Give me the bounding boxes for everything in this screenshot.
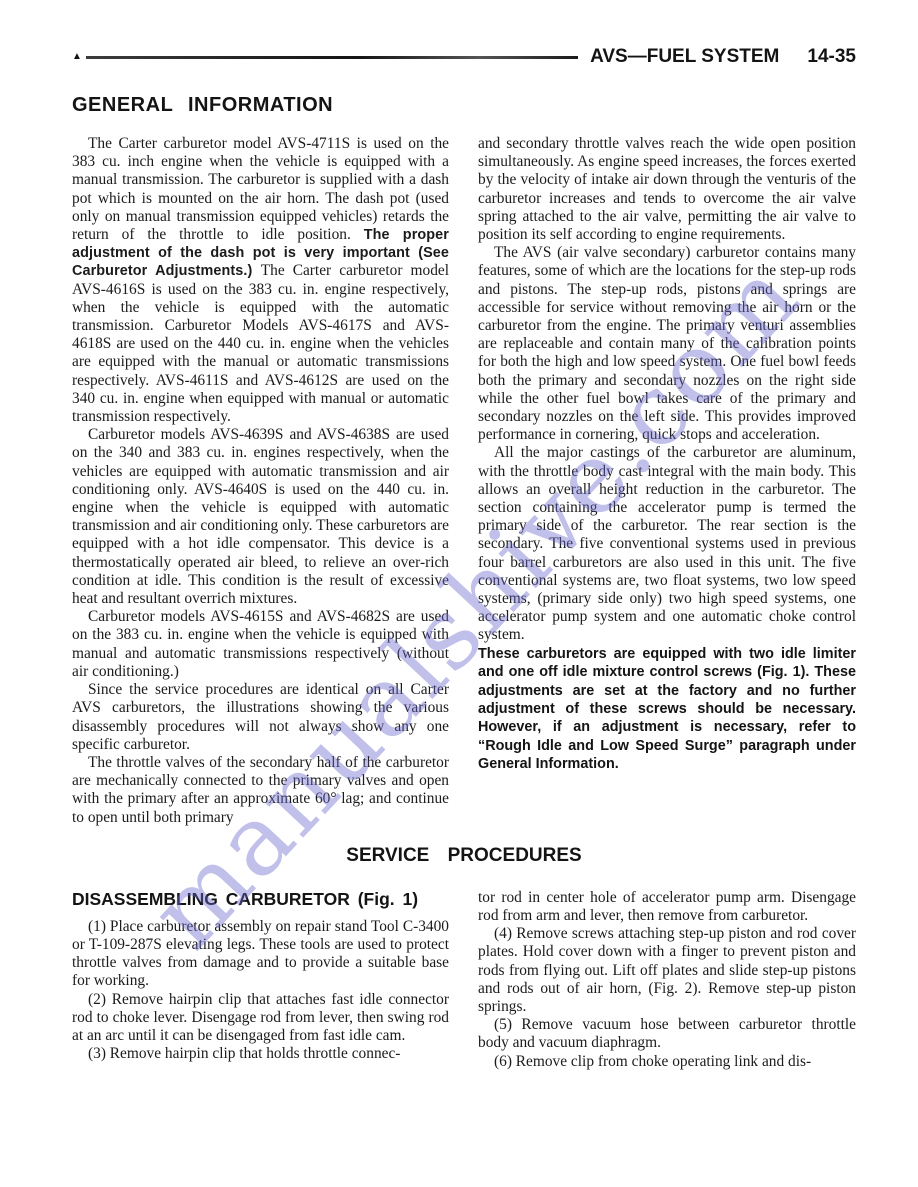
procedure-step: (2) Remove hairpin clip that attaches fa… — [72, 991, 449, 1046]
header-page-number: 14-35 — [807, 46, 856, 68]
general-information-columns: The Carter carburetor model AVS-4711S is… — [72, 135, 856, 827]
procedure-step: (6) Remove clip from choke operating lin… — [478, 1053, 856, 1071]
general-information-heading: GENERAL INFORMATION — [72, 94, 856, 117]
gi-right-column: and secondary throttle valves reach the … — [478, 135, 856, 827]
paragraph: The Carter carburetor model AVS-4711S is… — [72, 135, 449, 426]
paragraph: The throttle valves of the secondary hal… — [72, 754, 449, 827]
disassembling-carburetor-heading: DISASSEMBLING CARBURETOR (Fig. 1) — [72, 889, 449, 910]
bold-note-paragraph: These carburetors are equipped with two … — [478, 645, 856, 774]
paragraph-text: The Carter carburetor model AVS-4616S is… — [72, 262, 449, 425]
service-procedures-columns: DISASSEMBLING CARBURETOR (Fig. 1) (1) Pl… — [72, 889, 856, 1071]
paragraph: tor rod in center hole of accelerator pu… — [478, 889, 856, 925]
procedure-step: (4) Remove screws attaching step-up pist… — [478, 925, 856, 1016]
header-section-title: AVS—FUEL SYSTEM — [590, 46, 779, 68]
svc-left-column: DISASSEMBLING CARBURETOR (Fig. 1) (1) Pl… — [72, 889, 449, 1071]
page-header: ▲ AVS—FUEL SYSTEM 14-35 — [72, 46, 856, 68]
manual-page: ▲ AVS—FUEL SYSTEM 14-35 GENERAL INFORMAT… — [0, 0, 918, 1187]
paragraph: All the major castings of the carburetor… — [478, 444, 856, 644]
paragraph: Carburetor models AVS-4615S and AVS-4682… — [72, 608, 449, 681]
page-content: ▲ AVS—FUEL SYSTEM 14-35 GENERAL INFORMAT… — [72, 46, 856, 1071]
procedure-step: (3) Remove hairpin clip that holds throt… — [72, 1045, 449, 1063]
paragraph: The AVS (air valve secondary) carburetor… — [478, 244, 856, 444]
paragraph: and secondary throttle valves reach the … — [478, 135, 856, 244]
paragraph: Since the service procedures are identic… — [72, 681, 449, 754]
gi-left-column: The Carter carburetor model AVS-4711S is… — [72, 135, 449, 827]
service-procedures-section: SERVICE PROCEDURES DISASSEMBLING CARBURE… — [72, 845, 856, 1071]
procedure-step: (1) Place carburetor assembly on repair … — [72, 918, 449, 991]
header-rule — [86, 56, 578, 59]
service-procedures-heading: SERVICE PROCEDURES — [72, 845, 856, 867]
paragraph: Carburetor models AVS-4639S and AVS-4638… — [72, 426, 449, 608]
procedure-step: (5) Remove vacuum hose between carbureto… — [478, 1016, 856, 1052]
triangle-marker-icon: ▲ — [72, 52, 82, 62]
svc-right-column: tor rod in center hole of accelerator pu… — [478, 889, 856, 1071]
